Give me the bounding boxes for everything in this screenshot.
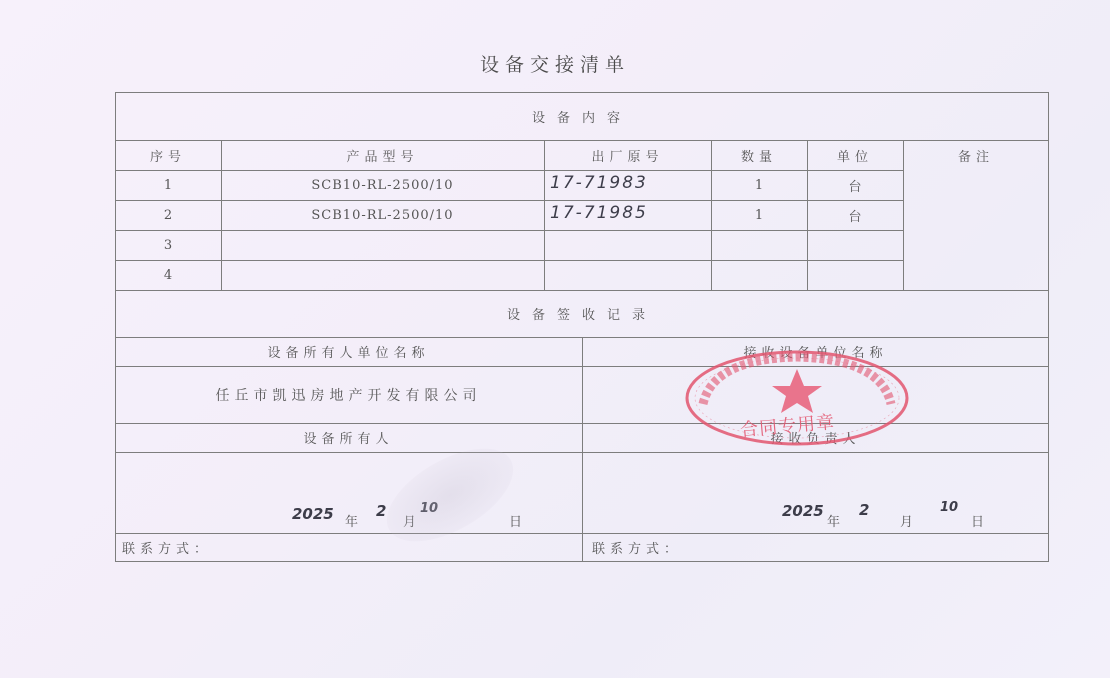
receiver-date-day-label: 日 [971,511,984,530]
receiver-date-month: 2 [859,501,869,519]
column-header-quantity: 数量 [711,140,807,170]
owner-date-year-label: 年 [345,511,358,530]
owner-date-day-label: 日 [509,511,522,530]
document-title: 设备交接清单 [0,50,1110,77]
row-unit: 台 [807,170,903,200]
owner-person-label: 设备所有人 [115,423,582,452]
column-header-unit: 单位 [807,140,903,170]
row-index: 3 [115,230,221,260]
row-quantity: 1 [711,170,807,200]
receiver-date-month-label: 月 [900,511,913,530]
row-serial: 17-71983 [550,168,670,198]
column-header-remark: 备注 [903,140,1049,170]
receiver-date-day: 10 [940,500,958,515]
owner-contact-label: 联系方式： [122,533,212,561]
row-unit: 台 [807,200,903,230]
equipment-section-heading: 设备内容 [115,92,1049,140]
owner-date-month: 2 [376,502,386,520]
receiver-unit-label: 接收设备单位名称 [582,337,1049,366]
column-header-serial: 出厂原号 [544,140,711,170]
owner-unit-value: 任丘市凯迅房地产开发有限公司 [115,366,582,423]
column-header-index: 序号 [115,140,221,170]
row-index: 4 [115,260,221,290]
row-serial: 17-71985 [550,198,670,228]
column-header-model: 产品型号 [221,140,544,170]
row-index: 1 [115,170,221,200]
receiver-date-year-label: 年 [827,511,840,530]
owner-unit-label: 设备所有人单位名称 [115,337,582,366]
row-model: SCB10-RL-2500/10 [221,200,544,230]
owner-date-year: 2025 [292,505,334,523]
receiver-contact-label: 联系方式： [592,533,682,561]
row-model: SCB10-RL-2500/10 [221,170,544,200]
row-index: 2 [115,200,221,230]
row-quantity: 1 [711,200,807,230]
receiver-date-year: 2025 [782,502,824,520]
signoff-section-heading: 设备签收记录 [115,290,1049,337]
